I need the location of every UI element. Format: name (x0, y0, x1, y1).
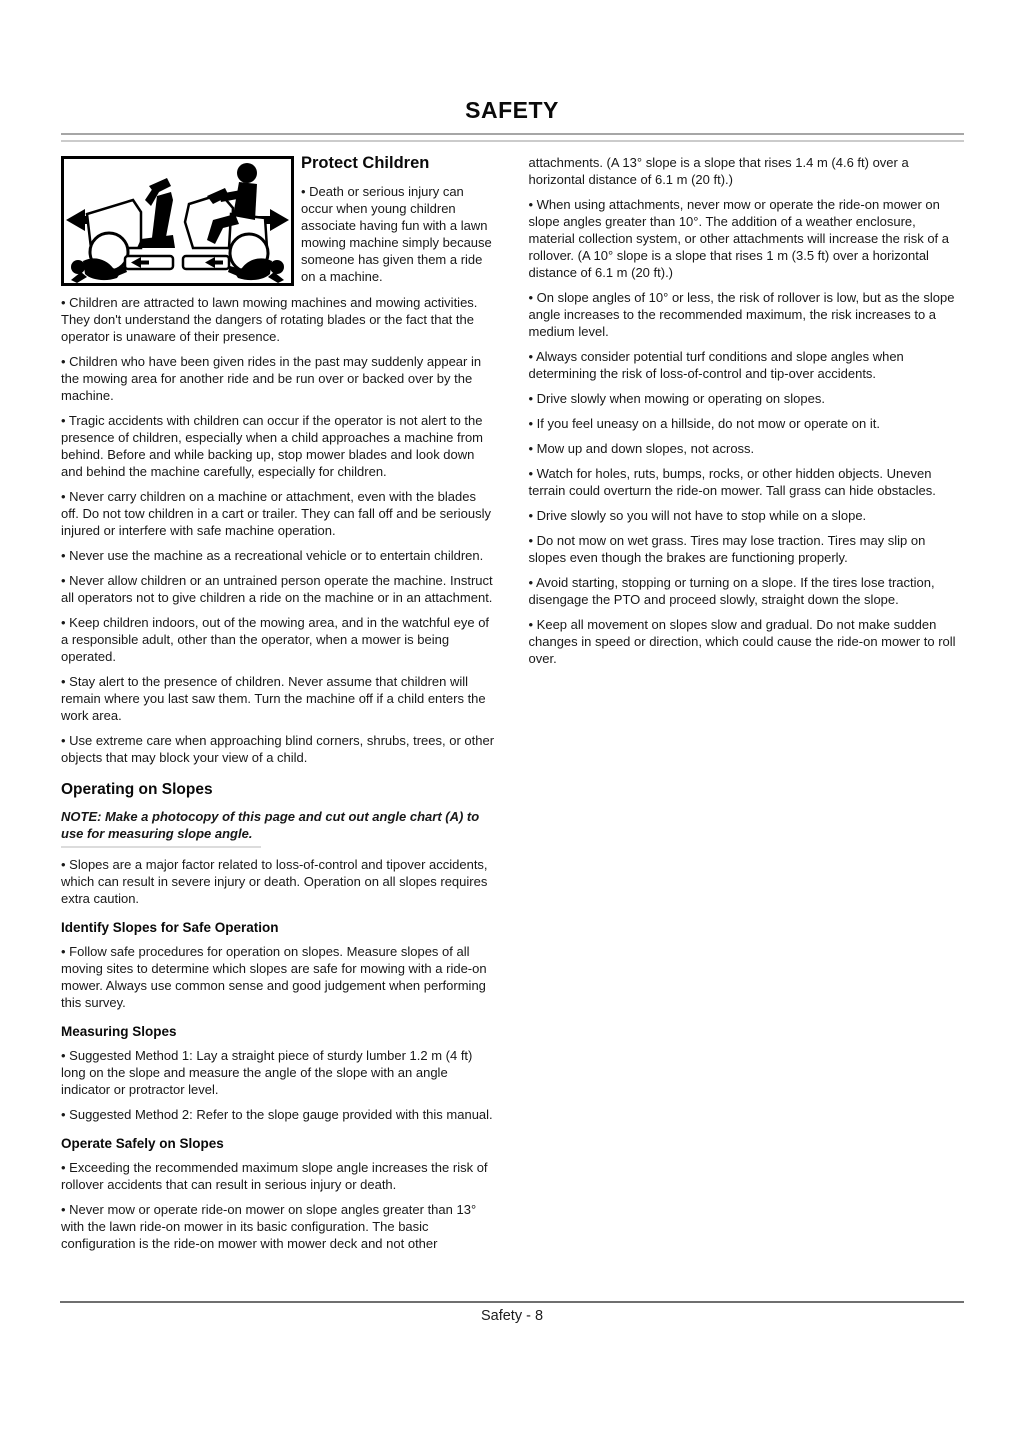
page-title: SAFETY (0, 0, 1024, 124)
bullet-item: • Drive slowly so you will not have to s… (529, 507, 965, 524)
bullet-item: • Tragic accidents with children can occ… (61, 412, 495, 480)
manual-page: SAFETY (0, 0, 1024, 1449)
bullet-item: • Always consider potential turf conditi… (529, 348, 965, 382)
bullet-item: • Slopes are a major factor related to l… (61, 856, 495, 907)
protect-children-bullets: • Children are attracted to lawn mowing … (61, 294, 495, 766)
bullet-item: • Children who have been given rides in … (61, 353, 495, 404)
continuation-paragraph: attachments. (A 13° slope is a slope tha… (529, 154, 965, 188)
bullet-item: • Keep all movement on slopes slow and g… (529, 616, 965, 667)
bullet-item: • On slope angles of 10° or less, the ri… (529, 289, 965, 340)
title-divider-line-2 (61, 140, 964, 142)
bullet-item: • Use extreme care when approaching blin… (61, 732, 495, 766)
operating-on-slopes-heading: Operating on Slopes (61, 781, 495, 799)
operate-safely-heading: Operate Safely on Slopes (61, 1136, 495, 1152)
title-divider-line-1 (61, 133, 964, 135)
bullet-item: • Avoid starting, stopping or turning on… (529, 574, 965, 608)
slopes-note: NOTE: Make a photocopy of this page and … (61, 808, 495, 842)
bullet-item: • Never use the machine as a recreationa… (61, 547, 495, 564)
scan-artifact-line (61, 846, 261, 848)
bullet-item: • Children are attracted to lawn mowing … (61, 294, 495, 345)
bullet-item: • When using attachments, never mow or o… (529, 196, 965, 281)
footer-page-label: Safety - 8 (481, 1308, 543, 1324)
bullet-item: • Never carry children on a machine or a… (61, 488, 495, 539)
child-runover-pictogram-illustration (61, 156, 294, 286)
measuring-slopes-heading: Measuring Slopes (61, 1024, 495, 1040)
identify-slopes-heading: Identify Slopes for Safe Operation (61, 920, 495, 936)
left-column: Protect Children • Death or serious inju… (61, 154, 495, 1260)
bullet-item: • Never allow children or an untrained p… (61, 572, 495, 606)
two-column-body: Protect Children • Death or serious inju… (61, 154, 964, 1260)
bullet-item: • Keep children indoors, out of the mowi… (61, 614, 495, 665)
right-column: attachments. (A 13° slope is a slope tha… (529, 154, 965, 1260)
bullet-item: • Stay alert to the presence of children… (61, 673, 495, 724)
bullet-item: • Never mow or operate ride-on mower on … (61, 1201, 495, 1252)
bullet-item: • Mow up and down slopes, not across. (529, 440, 965, 457)
bullet-item: • Exceeding the recommended maximum slop… (61, 1159, 495, 1193)
bullet-item: • Do not mow on wet grass. Tires may los… (529, 532, 965, 566)
bullet-item: • Follow safe procedures for operation o… (61, 943, 495, 1011)
bullet-item: • Watch for holes, ruts, bumps, rocks, o… (529, 465, 965, 499)
page-footer: Safety - 8 (60, 1301, 964, 1324)
bullet-item: • Drive slowly when mowing or operating … (529, 390, 965, 407)
bullet-item: • Suggested Method 2: Refer to the slope… (61, 1106, 495, 1123)
bullet-item: • If you feel uneasy on a hillside, do n… (529, 415, 965, 432)
bullet-item: • Suggested Method 1: Lay a straight pie… (61, 1047, 495, 1098)
title-divider (61, 133, 964, 142)
